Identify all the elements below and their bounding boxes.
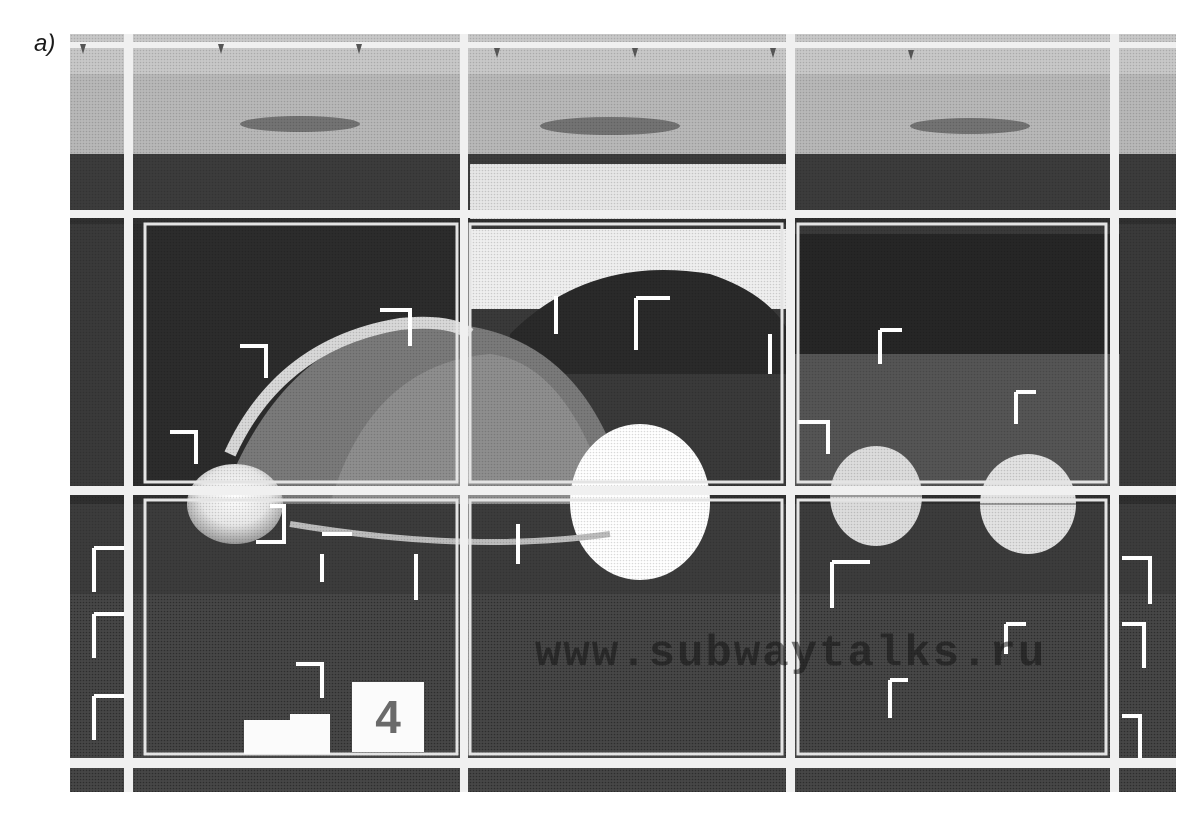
white-plate-step xyxy=(290,714,330,724)
watermark-text: www.subwaytalks.ru xyxy=(535,629,1046,679)
window-photograph: 4 www.subwaytalks.ru xyxy=(70,34,1176,792)
white-plate xyxy=(244,720,330,754)
figure-label: a) xyxy=(34,30,55,58)
panel-number-tag: 4 xyxy=(352,682,424,752)
